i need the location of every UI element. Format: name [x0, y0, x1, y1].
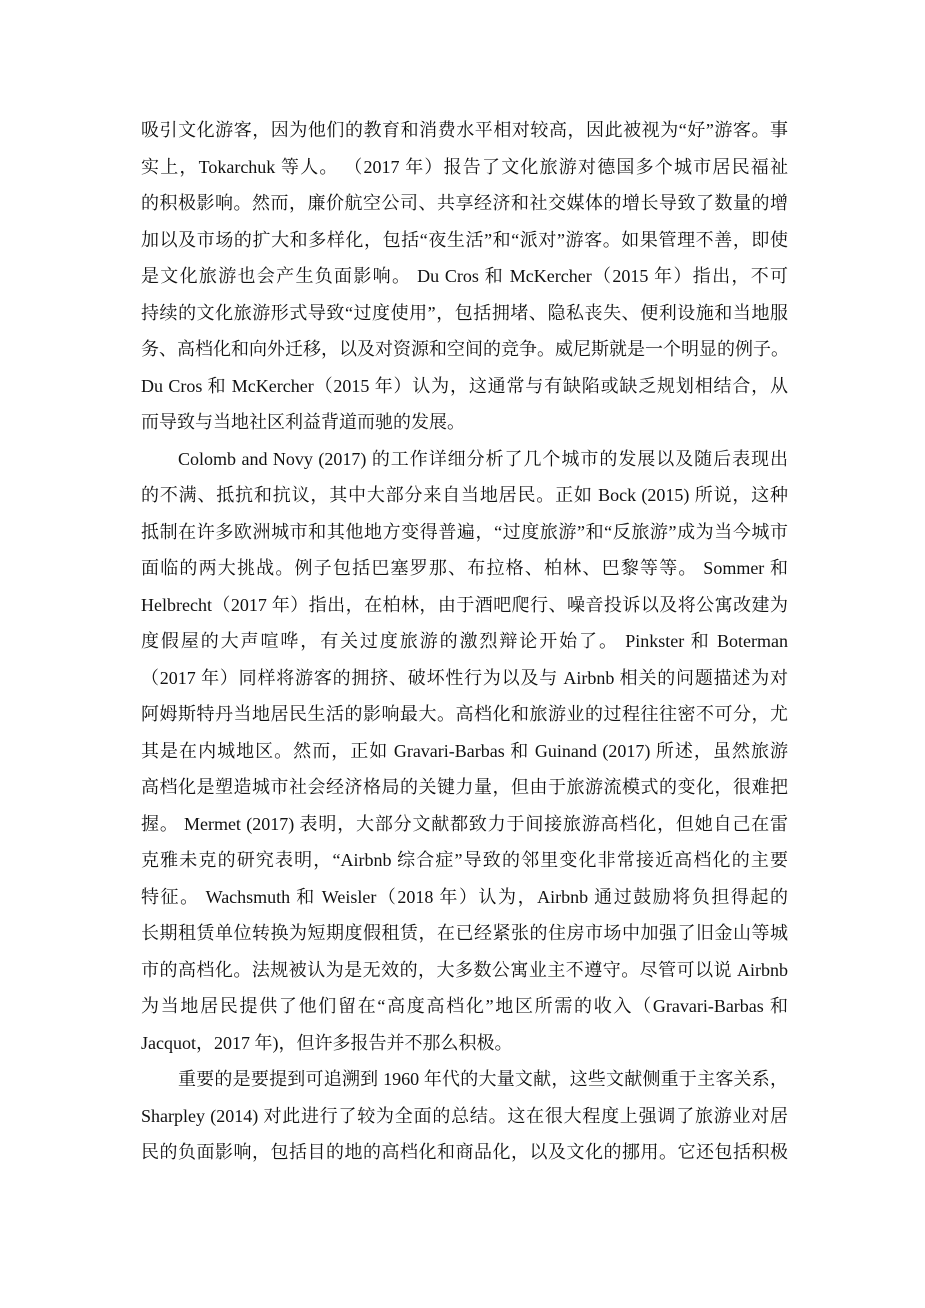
text-line: 面临的两大挑战。例子包括巴塞罗那、布拉格、柏林、巴黎等等。 Sommer 和 [141, 550, 788, 587]
text-line: 握。 Mermet (2017) 表明，大部分文献都致力于间接旅游高档化，但她自… [141, 806, 788, 843]
text-line: 加以及市场的扩大和多样化，包括“夜生活”和“派对”游客。如果管理不善，即使 [141, 222, 788, 259]
text-line: 为当地居民提供了他们留在“高度高档化”地区所需的收入（Gravari-Barba… [141, 988, 788, 1025]
text-line: 实上，Tokarchuk 等人。 （2017 年）报告了文化旅游对德国多个城市居… [141, 149, 788, 186]
text-line: （2017 年）同样将游客的拥挤、破坏性行为以及与 Airbnb 相关的问题描述… [141, 660, 788, 697]
text-line: 克雅未克的研究表明，“Airbnb 综合症”导致的邻里变化非常接近高档化的主要 [141, 842, 788, 879]
text-line: 吸引文化游客，因为他们的教育和消费水平相对较高，因此被视为“好”游客。事 [141, 112, 788, 149]
text-line: 重要的是要提到可追溯到 1960 年代的大量文献，这些文献侧重于主客关系， [141, 1061, 788, 1098]
text-line: Colomb and Novy (2017) 的工作详细分析了几个城市的发展以及… [141, 441, 788, 478]
paragraph-3: 重要的是要提到可追溯到 1960 年代的大量文献，这些文献侧重于主客关系， Sh… [141, 1061, 788, 1171]
text-line: 民的负面影响，包括目的地的高档化和商品化，以及文化的挪用。它还包括积极 [141, 1134, 788, 1171]
text-line: 抵制在许多欧洲城市和其他地方变得普遍，“过度旅游”和“反旅游”成为当今城市 [141, 514, 788, 551]
text-line: Jacquot，2017 年)，但许多报告并不那么积极。 [141, 1025, 788, 1062]
text-line: Du Cros 和 McKercher（2015 年）认为，这通常与有缺陷或缺乏… [141, 368, 788, 405]
text-line: 持续的文化旅游形式导致“过度使用”，包括拥堵、隐私丧失、便利设施和当地服 [141, 295, 788, 332]
document-page: 吸引文化游客，因为他们的教育和消费水平相对较高，因此被视为“好”游客。事 实上，… [141, 112, 788, 1171]
text-line: 阿姆斯特丹当地居民生活的影响最大。高档化和旅游业的过程往往密不可分，尤 [141, 696, 788, 733]
text-line: Helbrecht（2017 年）指出，在柏林，由于酒吧爬行、噪音投诉以及将公寓… [141, 587, 788, 624]
text-line: 务、高档化和向外迁移，以及对资源和空间的竞争。威尼斯就是一个明显的例子。 [141, 331, 788, 368]
text-line: 是文化旅游也会产生负面影响。 Du Cros 和 McKercher（2015 … [141, 258, 788, 295]
text-line: 长期租赁单位转换为短期度假租赁，在已经紧张的住房市场中加强了旧金山等城 [141, 915, 788, 952]
text-line: 高档化是塑造城市社会经济格局的关键力量，但由于旅游流模式的变化，很难把 [141, 769, 788, 806]
text-line: 的不满、抵抗和抗议，其中大部分来自当地居民。正如 Bock (2015) 所说，… [141, 477, 788, 514]
text-line: Sharpley (2014) 对此进行了较为全面的总结。这在很大程度上强调了旅… [141, 1098, 788, 1135]
text-line: 而导致与当地社区利益背道而驰的发展。 [141, 404, 788, 441]
text-line: 度假屋的大声喧哗，有关过度旅游的激烈辩论开始了。 Pinkster 和 Bote… [141, 623, 788, 660]
text-line: 其是在内城地区。然而，正如 Gravari-Barbas 和 Guinand (… [141, 733, 788, 770]
text-line: 的积极影响。然而，廉价航空公司、共享经济和社交媒体的增长导致了数量的增 [141, 185, 788, 222]
paragraph-2: Colomb and Novy (2017) 的工作详细分析了几个城市的发展以及… [141, 441, 788, 1062]
text-line: 市的高档化。法规被认为是无效的，大多数公寓业主不遵守。尽管可以说 Airbnb [141, 952, 788, 989]
paragraph-1: 吸引文化游客，因为他们的教育和消费水平相对较高，因此被视为“好”游客。事 实上，… [141, 112, 788, 441]
text-line: 特征。 Wachsmuth 和 Weisler（2018 年）认为，Airbnb… [141, 879, 788, 916]
